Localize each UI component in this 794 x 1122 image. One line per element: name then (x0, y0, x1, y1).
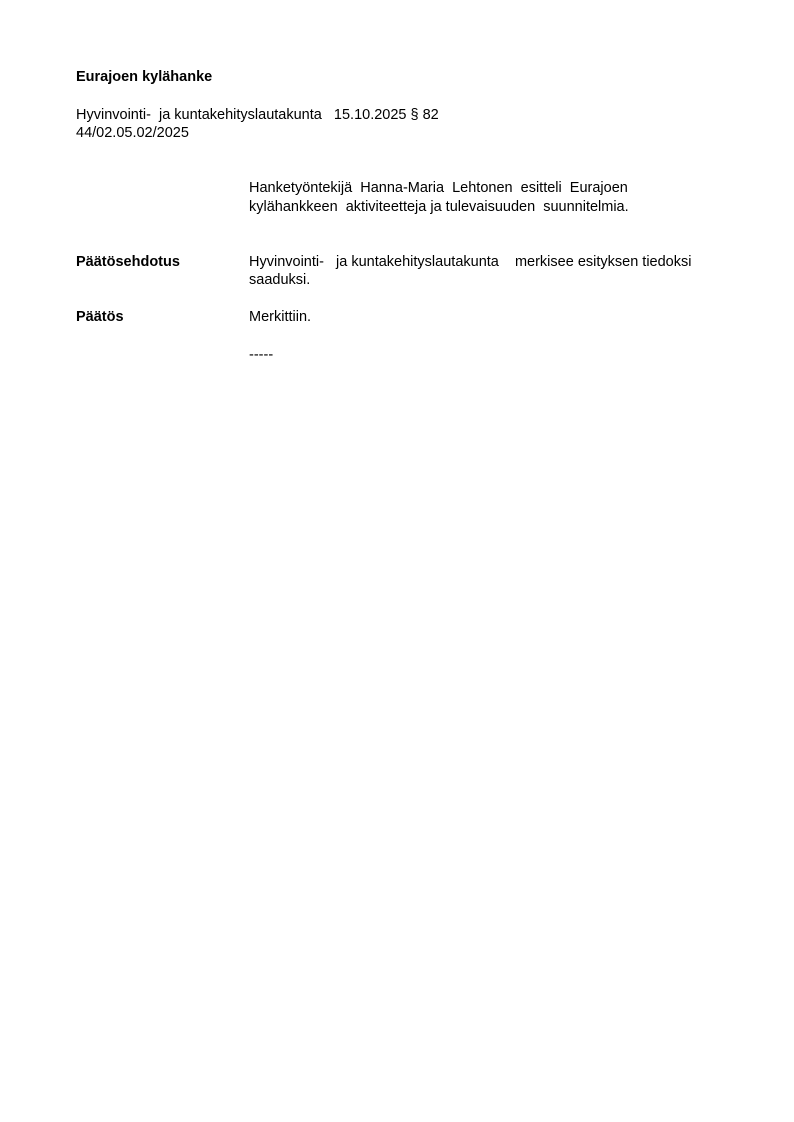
decision-label: Päätös (76, 308, 124, 326)
decision-text: Merkittiin. (249, 308, 311, 326)
description-line-2: kylähankkeen aktiviteetteja ja tulevaisu… (249, 198, 629, 216)
proposal-text-line-1: Hyvinvointi- ja kuntakehityslautakunta m… (249, 253, 691, 271)
proposal-label: Päätösehdotus (76, 253, 180, 271)
record-id: 44/02.05.02/2025 (76, 124, 189, 142)
document-title: Eurajoen kylähanke (76, 68, 212, 86)
board-meeting-line: Hyvinvointi- ja kuntakehityslautakunta 1… (76, 106, 439, 124)
description-line-1: Hanketyöntekijä Hanna-Maria Lehtonen esi… (249, 179, 628, 197)
proposal-text-line-2: saaduksi. (249, 271, 310, 289)
end-mark: ----- (249, 346, 273, 364)
